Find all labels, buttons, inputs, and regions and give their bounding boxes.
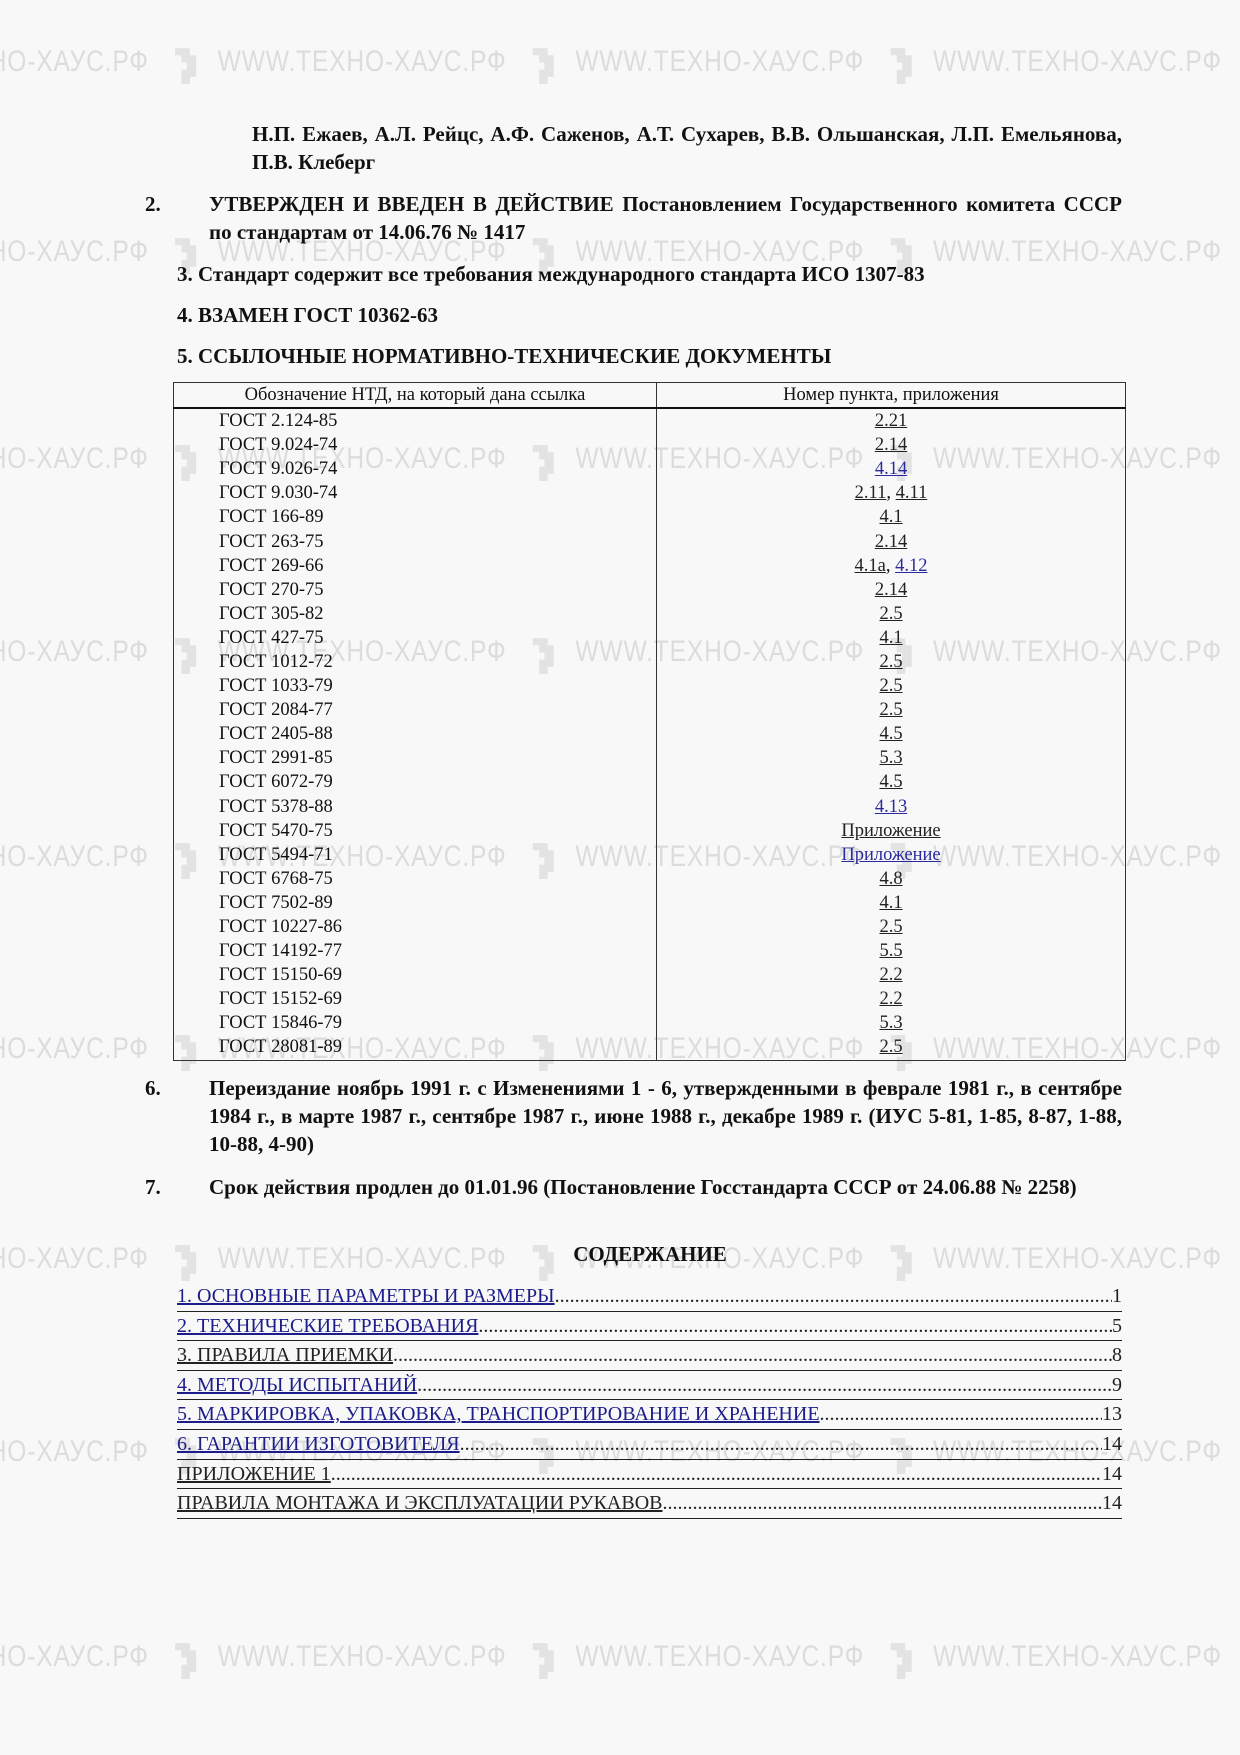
clause-references: Приложение: [657, 819, 1126, 843]
document-designation: ГОСТ 28081-89: [174, 1035, 657, 1060]
clause-references: 2.5: [657, 602, 1126, 626]
clause-link[interactable]: Приложение: [841, 845, 940, 865]
document-designation: ГОСТ 1012-72: [174, 650, 657, 674]
table-row: ГОСТ 5470-75Приложение: [174, 819, 1126, 843]
table-row: ГОСТ 5378-884.13: [174, 795, 1126, 819]
clause-link[interactable]: 2.5: [879, 604, 902, 624]
table-row: ГОСТ 269-664.1а, 4.12: [174, 554, 1126, 578]
table-header-row: Обозначение НТД, на который дана ссылка …: [174, 383, 1126, 409]
clause-link[interactable]: 2.5: [879, 700, 902, 720]
clause-link[interactable]: Приложение: [841, 821, 940, 841]
clause-references: 4.13: [657, 795, 1126, 819]
document-designation: ГОСТ 7502-89: [174, 891, 657, 915]
item-text: Стандарт содержит все требования междуна…: [198, 262, 925, 286]
item-text: ССЫЛОЧНЫЕ НОРМАТИВНО-ТЕХНИЧЕСКИЕ ДОКУМЕН…: [198, 344, 831, 368]
toc-entry-link[interactable]: 1. ОСНОВНЫЕ ПАРАМЕТРЫ И РАЗМЕРЫ1: [177, 1282, 1122, 1312]
clause-references: 2.5: [657, 1035, 1126, 1060]
clause-link[interactable]: 4.1а: [855, 556, 886, 576]
puzzle-logo-icon: [890, 48, 911, 84]
clause-references: 5.5: [657, 939, 1126, 963]
watermark-row: WWW.ТЕХНО-ХАУС.РФWWW.ТЕХНО-ХАУС.РФWWW.ТЕ…: [0, 1640, 877, 1674]
document-designation: ГОСТ 15152-69: [174, 987, 657, 1011]
toc-entry-page: 1: [1112, 1282, 1122, 1310]
table-row: ГОСТ 28081-892.5: [174, 1035, 1126, 1060]
clause-references: 4.1а, 4.12: [657, 554, 1126, 578]
watermark-text: WWW.ТЕХНО-ХАУС.РФ: [0, 442, 149, 475]
document-designation: ГОСТ 6072-79: [174, 770, 657, 794]
clause-references: 2.21: [657, 408, 1126, 433]
watermark-text: WWW.ТЕХНО-ХАУС.РФ: [575, 45, 864, 78]
watermark-text: WWW.ТЕХНО-ХАУС.РФ: [0, 1032, 149, 1065]
item-lead: УТВЕРЖДЕН И ВВЕДЕН В ДЕЙСТВИЕ: [209, 192, 614, 216]
table-row: ГОСТ 7502-894.1: [174, 891, 1126, 915]
clause-references: 2.2: [657, 963, 1126, 987]
clause-references: 2.14: [657, 433, 1126, 457]
toc-entry-page: 14: [1102, 1489, 1122, 1517]
item-text: ВЗАМЕН ГОСТ 10362-63: [198, 303, 438, 327]
clause-references: 2.14: [657, 578, 1126, 602]
table-row: ГОСТ 427-754.1: [174, 626, 1126, 650]
document-designation: ГОСТ 305-82: [174, 602, 657, 626]
table-row: ГОСТ 15152-692.2: [174, 987, 1126, 1011]
column-header-document: Обозначение НТД, на который дана ссылка: [174, 383, 657, 409]
toc-leader-dots: [393, 1341, 1112, 1369]
authors-list: Н.П. Ежаев, А.Л. Рейцс, А.Ф. Саженов, А.…: [252, 120, 1122, 176]
table-row: ГОСТ 166-894.1: [174, 505, 1126, 529]
watermark-text: WWW.ТЕХНО-ХАУС.РФ: [0, 635, 149, 668]
document-designation: ГОСТ 427-75: [174, 626, 657, 650]
document-designation: ГОСТ 5470-75: [174, 819, 657, 843]
table-row: ГОСТ 9.024-742.14: [174, 433, 1126, 457]
watermark-text: WWW.ТЕХНО-ХАУС.РФ: [0, 1640, 149, 1673]
clause-link[interactable]: 2.5: [879, 1037, 902, 1057]
toc-title: СОДЕРЖАНИЕ: [0, 1242, 1240, 1267]
toc-entry-title: 2. ТЕХНИЧЕСКИЕ ТРЕБОВАНИЯ: [177, 1312, 478, 1340]
clause-link[interactable]: 4.8: [879, 869, 902, 889]
toc-entry-title: ПРАВИЛА МОНТАЖА И ЭКСПЛУАТАЦИИ РУКАВОВ: [177, 1489, 663, 1517]
clause-link[interactable]: 2.14: [875, 580, 907, 600]
table-row: ГОСТ 15150-692.2: [174, 963, 1126, 987]
toc-entry-title: ПРИЛОЖЕНИЕ 1: [177, 1460, 331, 1488]
clause-references: 5.3: [657, 1011, 1126, 1035]
table-row: ГОСТ 9.026-744.14: [174, 457, 1126, 481]
puzzle-logo-icon: [175, 1643, 196, 1679]
clause-link[interactable]: 4.12: [895, 556, 927, 576]
watermark-text: WWW.ТЕХНО-ХАУС.РФ: [575, 1640, 864, 1673]
item-validity: 7.Срок действия продлен до 01.01.96 (Пос…: [177, 1173, 1122, 1201]
table-row: ГОСТ 263-752.14: [174, 529, 1126, 553]
clause-link[interactable]: 4.1: [879, 507, 902, 527]
document-designation: ГОСТ 15846-79: [174, 1011, 657, 1035]
item-number: 5.: [177, 344, 193, 368]
clause-link[interactable]: 4.14: [875, 459, 907, 479]
toc-entry-link[interactable]: 6. ГАРАНТИИ ИЗГОТОВИТЕЛЯ14: [177, 1430, 1122, 1460]
toc-entry-link[interactable]: ПРИЛОЖЕНИЕ 114: [177, 1460, 1122, 1490]
column-header-clause: Номер пункта, приложения: [657, 383, 1126, 409]
document-designation: ГОСТ 2.124-85: [174, 408, 657, 433]
clause-link[interactable]: 5.3: [879, 748, 902, 768]
toc-entry-page: 8: [1112, 1341, 1122, 1369]
table-row: ГОСТ 9.030-742.11, 4.11: [174, 481, 1126, 505]
toc-entry-link[interactable]: 5. МАРКИРОВКА, УПАКОВКА, ТРАНСПОРТИРОВАН…: [177, 1400, 1122, 1430]
clause-references: 4.5: [657, 722, 1126, 746]
toc-leader-dots: [663, 1489, 1103, 1517]
clause-references: 2.5: [657, 674, 1126, 698]
clause-link[interactable]: 5.3: [879, 1013, 902, 1033]
toc-entry-link[interactable]: 2. ТЕХНИЧЕСКИЕ ТРЕБОВАНИЯ5: [177, 1312, 1122, 1342]
document-designation: ГОСТ 6768-75: [174, 867, 657, 891]
document-designation: ГОСТ 1033-79: [174, 674, 657, 698]
clause-references: 4.5: [657, 770, 1126, 794]
watermark-text: WWW.ТЕХНО-ХАУС.РФ: [0, 45, 149, 78]
clause-link[interactable]: 4.5: [879, 772, 902, 792]
toc-entry-page: 13: [1102, 1400, 1122, 1428]
toc-leader-dots: [417, 1371, 1112, 1399]
references-table: Обозначение НТД, на который дана ссылка …: [173, 382, 1126, 1061]
clause-references: 2.11, 4.11: [657, 481, 1126, 505]
toc-entry-page: 5: [1112, 1312, 1122, 1340]
clause-references: 2.5: [657, 650, 1126, 674]
toc-entry-link[interactable]: 3. ПРАВИЛА ПРИЕМКИ8: [177, 1341, 1122, 1371]
document-designation: ГОСТ 14192-77: [174, 939, 657, 963]
clause-references: 2.5: [657, 915, 1126, 939]
clause-references: 2.2: [657, 987, 1126, 1011]
clause-link[interactable]: 4.5: [879, 724, 902, 744]
table-row: ГОСТ 2084-772.5: [174, 698, 1126, 722]
clause-link[interactable]: 2.14: [875, 532, 907, 552]
puzzle-logo-icon: [533, 48, 554, 84]
item-number: 7.: [177, 1173, 209, 1201]
clause-link[interactable]: 4.13: [875, 797, 907, 817]
clause-references: 2.14: [657, 529, 1126, 553]
toc-entry-title: 4. МЕТОДЫ ИСПЫТАНИЙ: [177, 1371, 417, 1399]
puzzle-logo-icon: [890, 1643, 911, 1679]
item-number: 4.: [177, 303, 193, 327]
clause-references: 4.8: [657, 867, 1126, 891]
toc-leader-dots: [331, 1460, 1102, 1488]
item-text: Срок действия продлен до 01.01.96 (Поста…: [209, 1175, 1077, 1199]
clause-link[interactable]: 2.5: [879, 652, 902, 672]
toc-leader-dots: [555, 1282, 1112, 1310]
document-designation: ГОСТ 10227-86: [174, 915, 657, 939]
document-designation: ГОСТ 9.024-74: [174, 433, 657, 457]
watermark-text: WWW.ТЕХНО-ХАУС.РФ: [218, 45, 507, 78]
table-row: ГОСТ 305-822.5: [174, 602, 1126, 626]
toc-entry-title: 1. ОСНОВНЫЕ ПАРАМЕТРЫ И РАЗМЕРЫ: [177, 1282, 555, 1310]
toc-entry-page: 9: [1112, 1371, 1122, 1399]
table-row: ГОСТ 5494-71Приложение: [174, 843, 1126, 867]
document-designation: ГОСТ 2084-77: [174, 698, 657, 722]
puzzle-logo-icon: [175, 48, 196, 84]
item-iso-conformance: 3. Стандарт содержит все требования межд…: [177, 260, 1122, 288]
table-row: ГОСТ 15846-795.3: [174, 1011, 1126, 1035]
toc-entry-title: 3. ПРАВИЛА ПРИЕМКИ: [177, 1341, 393, 1369]
table-row: ГОСТ 2405-884.5: [174, 722, 1126, 746]
document-designation: ГОСТ 270-75: [174, 578, 657, 602]
clause-link[interactable]: 2.11: [855, 483, 887, 503]
clause-link[interactable]: 5.5: [879, 941, 902, 961]
table-row: ГОСТ 10227-862.5: [174, 915, 1126, 939]
toc-entry-title: 6. ГАРАНТИИ ИЗГОТОВИТЕЛЯ: [177, 1430, 460, 1458]
toc-entry-link[interactable]: 4. МЕТОДЫ ИСПЫТАНИЙ9: [177, 1371, 1122, 1401]
clause-link[interactable]: 2.5: [879, 917, 902, 937]
item-number: 3.: [177, 262, 193, 286]
watermark-text: WWW.ТЕХНО-ХАУС.РФ: [218, 1640, 507, 1673]
clause-link[interactable]: 4.1: [879, 893, 902, 913]
document-designation: ГОСТ 9.026-74: [174, 457, 657, 481]
table-row: ГОСТ 1033-792.5: [174, 674, 1126, 698]
watermark-row: WWW.ТЕХНО-ХАУС.РФWWW.ТЕХНО-ХАУС.РФWWW.ТЕ…: [0, 45, 877, 79]
toc-leader-dots: [460, 1430, 1102, 1458]
watermark-text: WWW.ТЕХНО-ХАУС.РФ: [0, 235, 149, 268]
item-references-heading: 5. ССЫЛОЧНЫЕ НОРМАТИВНО-ТЕХНИЧЕСКИЕ ДОКУ…: [177, 342, 1122, 370]
toc-entry-page: 14: [1102, 1430, 1122, 1458]
watermark-text: WWW.ТЕХНО-ХАУС.РФ: [933, 45, 1222, 78]
clause-references: Приложение: [657, 843, 1126, 867]
clause-link[interactable]: 2.2: [879, 965, 902, 985]
item-reissue: 6.Переиздание ноябрь 1991 г. с Изменения…: [177, 1074, 1122, 1158]
toc-entry-title: 5. МАРКИРОВКА, УПАКОВКА, ТРАНСПОРТИРОВАН…: [177, 1400, 820, 1428]
item-number: 6.: [177, 1074, 209, 1102]
clause-references: 2.5: [657, 698, 1126, 722]
clause-link[interactable]: 2.2: [879, 989, 902, 1009]
clause-references: 5.3: [657, 746, 1126, 770]
document-designation: ГОСТ 15150-69: [174, 963, 657, 987]
watermark-text: WWW.ТЕХНО-ХАУС.РФ: [933, 1640, 1222, 1673]
table-of-contents: 1. ОСНОВНЫЕ ПАРАМЕТРЫ И РАЗМЕРЫ12. ТЕХНИ…: [177, 1282, 1122, 1519]
table-row: ГОСТ 2991-855.3: [174, 746, 1126, 770]
document-designation: ГОСТ 9.030-74: [174, 481, 657, 505]
document-designation: ГОСТ 2991-85: [174, 746, 657, 770]
document-designation: ГОСТ 2405-88: [174, 722, 657, 746]
toc-leader-dots: [820, 1400, 1102, 1428]
clause-references: 4.1: [657, 626, 1126, 650]
watermark-text: WWW.ТЕХНО-ХАУС.РФ: [0, 1435, 149, 1468]
watermark-text: WWW.ТЕХНО-ХАУС.РФ: [0, 840, 149, 873]
table-row: ГОСТ 270-752.14: [174, 578, 1126, 602]
table-row: ГОСТ 14192-775.5: [174, 939, 1126, 963]
document-designation: ГОСТ 5378-88: [174, 795, 657, 819]
item-replaces: 4. ВЗАМЕН ГОСТ 10362-63: [177, 301, 1122, 329]
puzzle-logo-icon: [533, 1643, 554, 1679]
item-approved: 2.УТВЕРЖДЕН И ВВЕДЕН В ДЕЙСТВИЕ Постанов…: [177, 190, 1122, 246]
item-number: 2.: [177, 190, 209, 218]
document-designation: ГОСТ 5494-71: [174, 843, 657, 867]
clause-link[interactable]: 2.14: [875, 435, 907, 455]
toc-entry-page: 14: [1102, 1460, 1122, 1488]
clause-link[interactable]: 2.5: [879, 676, 902, 696]
clause-link[interactable]: 4.11: [896, 483, 928, 503]
table-row: ГОСТ 2.124-852.21: [174, 408, 1126, 433]
table-row: ГОСТ 1012-722.5: [174, 650, 1126, 674]
clause-references: 4.1: [657, 891, 1126, 915]
item-text: Переиздание ноябрь 1991 г. с Изменениями…: [209, 1076, 1122, 1156]
clause-link[interactable]: 2.21: [875, 411, 907, 431]
clause-references: 4.14: [657, 457, 1126, 481]
clause-link[interactable]: 4.1: [879, 628, 902, 648]
document-designation: ГОСТ 166-89: [174, 505, 657, 529]
clause-references: 4.1: [657, 505, 1126, 529]
toc-entry-link[interactable]: ПРАВИЛА МОНТАЖА И ЭКСПЛУАТАЦИИ РУКАВОВ14: [177, 1489, 1122, 1519]
table-row: ГОСТ 6768-754.8: [174, 867, 1126, 891]
table-row: ГОСТ 6072-794.5: [174, 770, 1126, 794]
toc-leader-dots: [478, 1312, 1112, 1340]
document-designation: ГОСТ 269-66: [174, 554, 657, 578]
document-designation: ГОСТ 263-75: [174, 529, 657, 553]
